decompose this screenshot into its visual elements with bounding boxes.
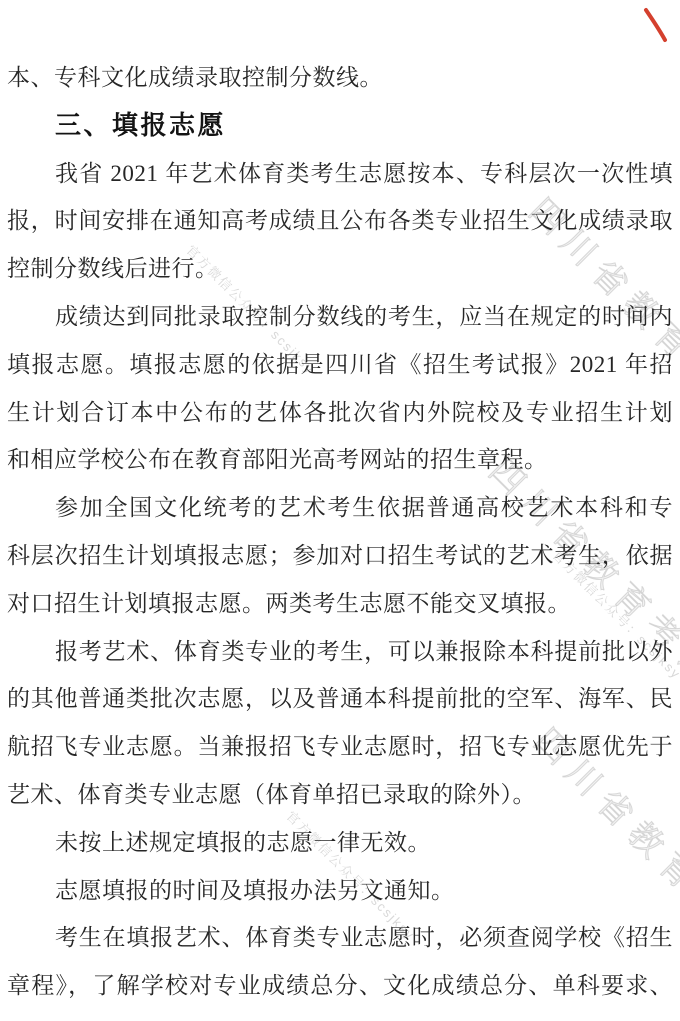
text-line: 的其他普通类批次志愿，以及普通本科提前批的空军、海军、民 xyxy=(7,675,673,723)
text-line: 航招飞专业志愿。当兼报招飞专业志愿时，招飞专业志愿优先于 xyxy=(7,723,673,771)
text-line: 本、专科文化成绩录取控制分数线。 xyxy=(7,54,673,102)
text-line: 对口招生计划填报志愿。两类考生志愿不能交叉填报。 xyxy=(7,580,673,628)
text-line: 报，时间安排在通知高考成绩且公布各类专业招生文化成绩录取 xyxy=(7,197,673,245)
text-line: 科层次招生计划填报志愿；参加对口招生考试的艺术考生，依据 xyxy=(7,532,673,580)
red-pen-stroke xyxy=(636,2,676,46)
text-line: 报考艺术、体育类专业的考生，可以兼报除本科提前批以外 xyxy=(7,628,673,676)
text-line: 控制分数线后进行。 xyxy=(7,245,673,293)
text-line: 我省 2021 年艺术体育类考生志愿按本、专科层次一次性填 xyxy=(7,150,673,198)
text-line: 艺术、体育类专业志愿（体育单招已录取的除外）。 xyxy=(7,771,673,819)
text-line: 志愿填报的时间及填报办法另文通知。 xyxy=(7,867,673,915)
text-line: 参加全国文化统考的艺术考生依据普通高校艺术本科和专 xyxy=(7,484,673,532)
text-line: 生计划合订本中公布的艺体各批次省内外院校及专业招生计划 xyxy=(7,389,673,437)
text-line: 未按上述规定填报的志愿一律无效。 xyxy=(7,819,673,867)
text-line: 成绩达到同批录取控制分数线的考生，应当在规定的时间内 xyxy=(7,293,673,341)
text-line: 填报志愿。填报志愿的依据是四川省《招生考试报》2021 年招 xyxy=(7,341,673,389)
text-line: 考生在填报艺术、体育类专业志愿时，必须查阅学校《招生 xyxy=(7,914,673,962)
text-line: 和相应学校公布在教育部阳光高考网站的招生章程。 xyxy=(7,436,673,484)
document-page: 四川省教育考试院 官方微信公众号：scsjksy 四川省教育考试院 官方微信公众… xyxy=(0,0,680,1021)
document-body: 本、专科文化成绩录取控制分数线。 三、填报志愿 我省 2021 年艺术体育类考生… xyxy=(7,54,673,1010)
text-line: 章程》，了解学校对专业成绩总分、文化成绩总分、单科要求、 xyxy=(7,962,673,1010)
section-heading: 三、填报志愿 xyxy=(7,102,673,150)
